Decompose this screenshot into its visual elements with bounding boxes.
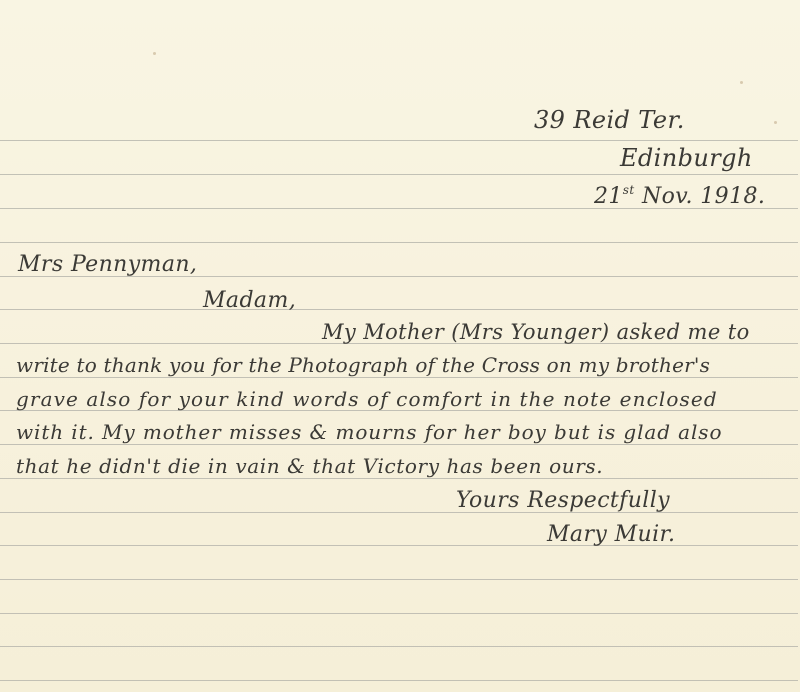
- paper-speck: [153, 52, 156, 55]
- closing: Yours Respectfully: [456, 490, 670, 512]
- body-line: with it. My mother misses & mourns for h…: [16, 422, 722, 442]
- salutation: Madam,: [203, 290, 296, 312]
- recipient-title: Mrs: [18, 252, 64, 277]
- ruled-line: [0, 680, 798, 681]
- ruled-line: [0, 309, 798, 310]
- recipient-name: Pennyman,: [71, 252, 197, 277]
- date-suffix: st: [623, 183, 635, 197]
- ruled-line: [0, 478, 798, 479]
- body-line: that he didn't die in vain & that Victor…: [16, 456, 603, 476]
- ruled-line: [0, 140, 798, 141]
- date-day: 21: [594, 184, 623, 209]
- ruled-line: [0, 174, 798, 175]
- body-line: My Mother (Mrs Younger) asked me to: [322, 322, 750, 343]
- ruled-line: [0, 545, 798, 546]
- ruled-line: [0, 377, 798, 378]
- ruled-line: [0, 242, 798, 243]
- paper-speck: [740, 81, 743, 84]
- recipient-line: Mrs Pennyman,: [18, 254, 197, 276]
- ruled-line: [0, 512, 798, 513]
- letter-date: 21st Nov. 1918.: [594, 184, 765, 208]
- ruled-line: [0, 646, 798, 647]
- body-line: write to thank you for the Photograph of…: [16, 355, 710, 375]
- address-street: 39 Reid Ter.: [534, 108, 685, 132]
- ruled-line: [0, 444, 798, 445]
- ruled-line: [0, 613, 798, 614]
- paper-speck: [774, 121, 777, 124]
- letter-page: 39 Reid Ter. Edinburgh 21st Nov. 1918. M…: [0, 0, 800, 692]
- date-rest: Nov. 1918.: [642, 184, 765, 209]
- address-city: Edinburgh: [620, 146, 753, 170]
- body-line: grave also for your kind words of comfor…: [16, 389, 718, 409]
- signature: Mary Muir.: [547, 524, 675, 546]
- ruled-line: [0, 579, 798, 580]
